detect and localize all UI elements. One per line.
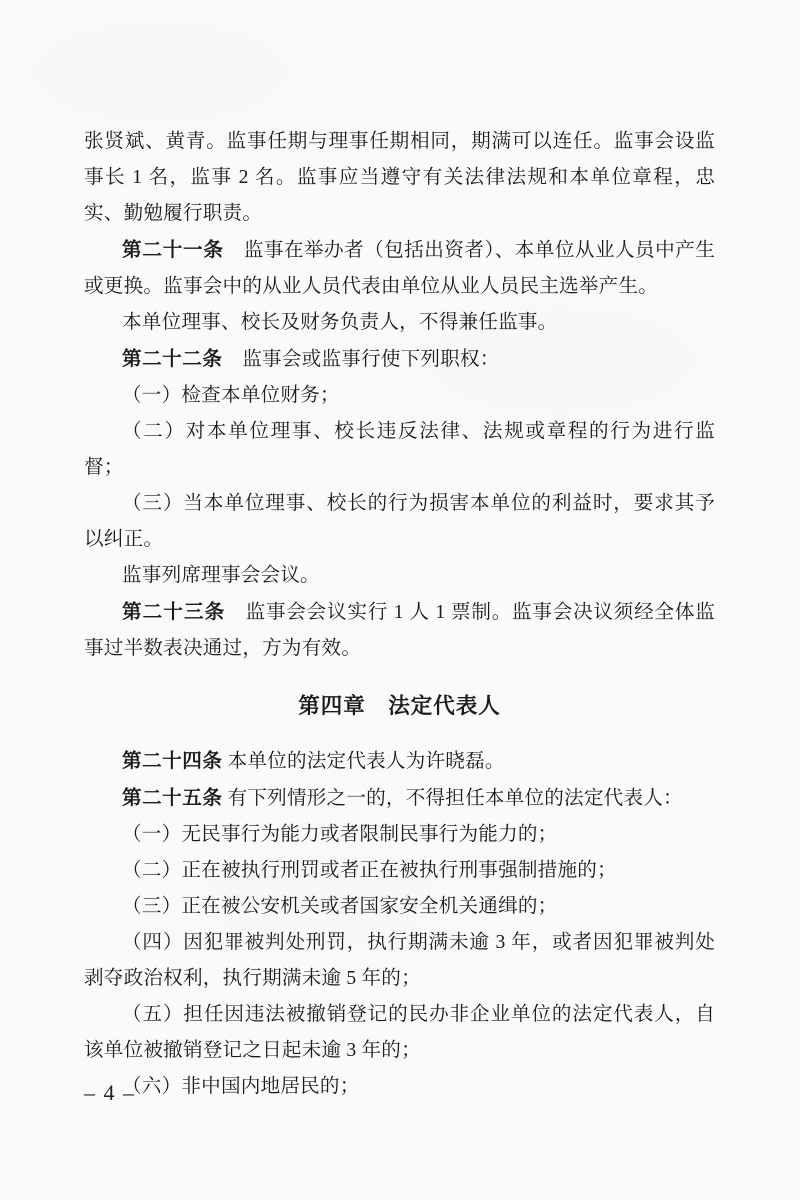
- article-25-item-1: （一）无民事行为能力或者限制民事行为能力的；: [84, 817, 715, 853]
- article-25-item-6: （六）非中国内地居民的；: [84, 1069, 715, 1105]
- paragraph-supervisor-attend-meetings: 监事列席理事会会议。: [84, 558, 715, 594]
- article-24-paragraph: 第二十四条 本单位的法定代表人为许晓磊。: [84, 743, 715, 780]
- paragraph-text: 本单位的法定代表人为许晓磊。: [222, 751, 504, 772]
- article-22-item-1: （一）检查本单位财务；: [84, 378, 715, 414]
- article-25-item-3: （三）正在被公安机关或者国家安全机关通缉的；: [84, 889, 715, 925]
- paragraph-supervisor-term: 张贤斌、黄青。监事任期与理事任期相同，期满可以连任。监事会设监事长 1 名，监事…: [84, 124, 715, 232]
- paragraph-text: （六）非中国内地居民的；: [122, 1076, 360, 1097]
- article-22-item-3: （三）当本单位理事、校长的行为损害本单位的利益时，要求其予以纠正。: [84, 486, 715, 558]
- article-22-number: 第二十二条: [122, 348, 222, 370]
- article-22-item-2: （二）对本单位理事、校长违反法律、法规或章程的行为进行监督；: [84, 414, 715, 486]
- document-body: 张贤斌、黄青。监事任期与理事任期相同，期满可以连任。监事会设监事长 1 名，监事…: [84, 124, 715, 1105]
- document-page: 张贤斌、黄青。监事任期与理事任期相同，期满可以连任。监事会设监事长 1 名，监事…: [0, 0, 800, 1200]
- article-22-paragraph: 第二十二条 监事会或监事行使下列职权：: [84, 341, 715, 378]
- page-number: – 4 –: [84, 1078, 134, 1108]
- article-25-item-5: （五）担任因违法被撤销登记的民办非企业单位的法定代表人，自该单位被撤销登记之日起…: [84, 997, 715, 1069]
- paragraph-text: （一）无民事行为能力或者限制民事行为能力的；: [122, 824, 557, 845]
- article-21-paragraph: 第二十一条 监事在举办者（包括出资者）、本单位从业人员中产生或更换。监事会中的从…: [84, 232, 715, 305]
- article-25-number: 第二十五条: [122, 787, 222, 809]
- paragraph-text: （三）正在被公安机关或者国家安全机关通缉的；: [122, 896, 557, 917]
- paragraph-text: 有下列情形之一的，不得担任本单位的法定代表人：: [222, 788, 682, 809]
- article-25-item-2: （二）正在被执行刑罚或者正在被执行刑事强制措施的；: [84, 853, 715, 889]
- paragraph-text: （一）检查本单位财务；: [122, 385, 340, 406]
- article-23-paragraph: 第二十三条 监事会会议实行 1 人 1 票制。监事会决议须经全体监事过半数表决通…: [84, 594, 715, 667]
- paragraph-text: （二）对本单位理事、校长违反法律、法规或章程的行为进行监督；: [84, 421, 715, 478]
- paragraph-text: 监事列席理事会会议。: [122, 565, 320, 586]
- article-23-number: 第二十三条: [122, 601, 225, 623]
- chapter-4-heading: 第四章 法定代表人: [84, 688, 715, 724]
- paragraph-text: （二）正在被执行刑罚或者正在被执行刑事强制措施的；: [122, 860, 617, 881]
- paragraph-text: 本单位理事、校长及财务负责人，不得兼任监事。: [122, 312, 557, 333]
- article-25-paragraph: 第二十五条 有下列情形之一的，不得担任本单位的法定代表人：: [84, 780, 715, 817]
- article-25-item-4: （四）因犯罪被判处刑罚，执行期满未逾 3 年，或者因犯罪被判处剥夺政治权利，执行…: [84, 925, 715, 997]
- article-21-number: 第二十一条: [122, 239, 224, 261]
- paragraph-text: 监事会或监事行使下列职权：: [222, 349, 499, 370]
- paragraph-text: （四）因犯罪被判处刑罚，执行期满未逾 3 年，或者因犯罪被判处剥夺政治权利，执行…: [84, 932, 715, 989]
- article-24-number: 第二十四条: [122, 750, 222, 772]
- paragraph-text: （三）当本单位理事、校长的行为损害本单位的利益时，要求其予以纠正。: [84, 493, 715, 550]
- paragraph-text: （五）担任因违法被撤销登记的民办非企业单位的法定代表人，自该单位被撤销登记之日起…: [84, 1004, 715, 1061]
- paragraph-no-concurrent-supervisor: 本单位理事、校长及财务负责人，不得兼任监事。: [84, 305, 715, 341]
- paragraph-text: 张贤斌、黄青。监事任期与理事任期相同，期满可以连任。监事会设监事长 1 名，监事…: [84, 131, 715, 224]
